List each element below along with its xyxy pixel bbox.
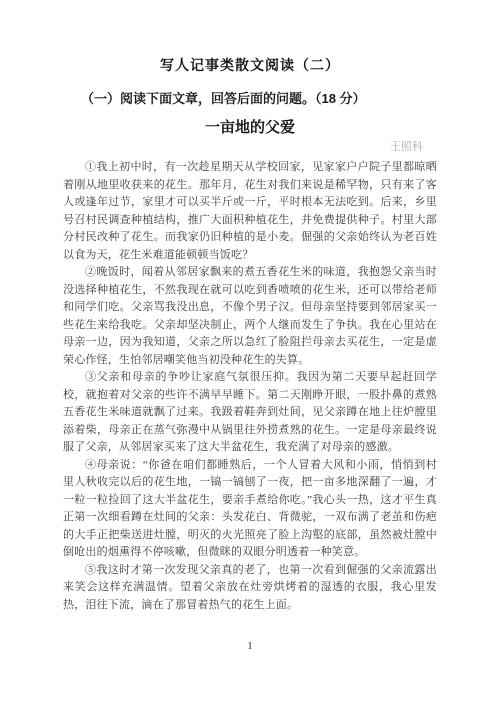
document-title: 写人记事类散文阅读（二） [63,56,437,74]
article-title: 一亩地的父爱 [63,119,437,137]
paragraph-3: ③父亲和母亲的争吵让家庭气氛很压抑。我因为第二天要早起赶回学校，就抱着对父亲的些… [63,369,437,457]
article-author: 王照科 [63,140,423,154]
page-number: 1 [0,640,500,652]
paragraph-2: ②晚饭时，闻着从邻居家飘来的煮五香花生米的味道，我抱怨父亲当时没选择种植花生，不… [63,264,437,369]
paragraph-4: ④母亲说：“你爸在咱们都睡熟后，一个人冒着大风和小雨，悄悄到村里人秋收完以后的花… [63,457,437,562]
article-body: ①我上初中时，有一次趁星期天从学校回家，见家家户户院子里都晾晒着刚从地里收获来的… [63,159,437,614]
section-heading: （一）阅读下面文章，回答后面的问题。（18 分） [81,90,437,107]
paragraph-5: ⑤我这时才第一次发现父亲真的老了，也第一次看到倔强的父亲流露出来笑会这样充满温情… [63,562,437,615]
document-page: 写人记事类散文阅读（二） （一）阅读下面文章，回答后面的问题。（18 分） 一亩… [0,0,500,708]
paragraph-1: ①我上初中时，有一次趁星期天从学校回家，见家家户户院子里都晾晒着刚从地里收获来的… [63,159,437,264]
